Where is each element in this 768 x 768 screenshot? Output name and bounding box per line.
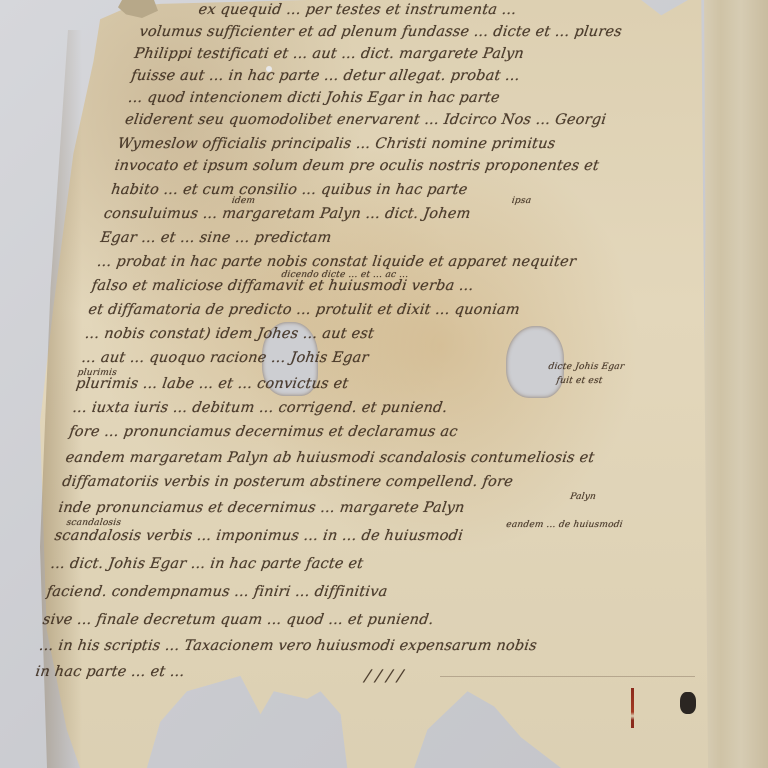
manuscript-line: volumus sufficienter et ad plenum fundas… — [138, 24, 623, 40]
interlinear-note: ipsa — [511, 196, 532, 206]
manuscript-line: ex quequid ... per testes et instrumenta… — [197, 2, 517, 18]
interlinear-note: dicte Johis Egar — [548, 362, 625, 372]
manuscript-line: fore ... pronunciamus decernimus et decl… — [68, 424, 459, 440]
manuscript-line: Philippi testificati et ... aut ... dict… — [133, 46, 525, 62]
manuscript-line: ... probat in hac parte nobis constat li… — [96, 254, 577, 270]
manuscript-line: fuisse aut ... in hac parte ... detur al… — [130, 68, 521, 84]
adjacent-parchment-strip — [700, 0, 768, 768]
manuscript-line: ... nobis constat) idem Johes ... aut es… — [84, 326, 375, 342]
manuscript-line: ... in his scriptis ... Taxacionem vero … — [38, 638, 538, 654]
interlinear-note: Palyn — [569, 492, 596, 502]
interlinear-note: eandem ... de huiusmodi — [506, 520, 624, 530]
marginal-mark: / / / / — [364, 666, 405, 685]
manuscript-line: diffamatoriis verbis in posterum abstine… — [61, 474, 514, 490]
manuscript-line: ... iuxta iuris ... debitum ... corrigen… — [72, 400, 449, 416]
manuscript-line: in hac parte ... et ... — [34, 664, 185, 680]
red-ink-mark — [631, 688, 634, 728]
manuscript-line: faciend. condempnamus ... finiri ... dif… — [46, 584, 389, 600]
manuscript-line: ... dict. Johis Egar ... in hac parte fa… — [50, 556, 365, 572]
interlinear-note: plurimis — [77, 368, 118, 378]
manuscript-line: scandalosis verbis ... imponimus ... in … — [54, 528, 464, 544]
manuscript-line: sive ... finale decretum quam ... quod .… — [42, 612, 435, 628]
parchment-hole — [680, 692, 696, 714]
interlinear-note: scandalosis — [66, 518, 122, 528]
interlinear-note: dicendo dicte ... et ... ac ... — [281, 270, 409, 280]
interlinear-note: idem — [231, 196, 256, 206]
manuscript-line: eliderent seu quomodolibet enervarent ..… — [124, 112, 607, 128]
manuscript-line: ... quod intencionem dicti Johis Egar in… — [127, 90, 501, 106]
manuscript-line: falso et maliciose diffamavit et huiusmo… — [91, 278, 475, 294]
manuscript-line: ... aut ... quoquo racione ... Johis Ega… — [81, 350, 370, 366]
manuscript-line: plurimis ... labe ... et ... convictus e… — [75, 376, 350, 392]
ruling-line — [440, 676, 695, 677]
manuscript-line: Egar ... et ... sine ... predictam — [99, 230, 332, 246]
manuscript-line: invocato et ipsum solum deum pre oculis … — [114, 158, 601, 174]
manuscript-line: Wymeslow officialis principalis ... Chri… — [117, 136, 557, 152]
manuscript-line: et diffamatoria de predicto ... protulit… — [87, 302, 521, 318]
interlinear-note: fuit et est — [556, 376, 603, 386]
manuscript-line: habito ... et cum consilio ... quibus in… — [110, 182, 468, 198]
manuscript-line: consuluimus ... margaretam Palyn ... dic… — [103, 206, 472, 222]
manuscript-line: inde pronunciamus et decernimus ... marg… — [57, 500, 465, 516]
manuscript-line: eandem margaretam Palyn ab huiusmodi sca… — [65, 450, 596, 466]
